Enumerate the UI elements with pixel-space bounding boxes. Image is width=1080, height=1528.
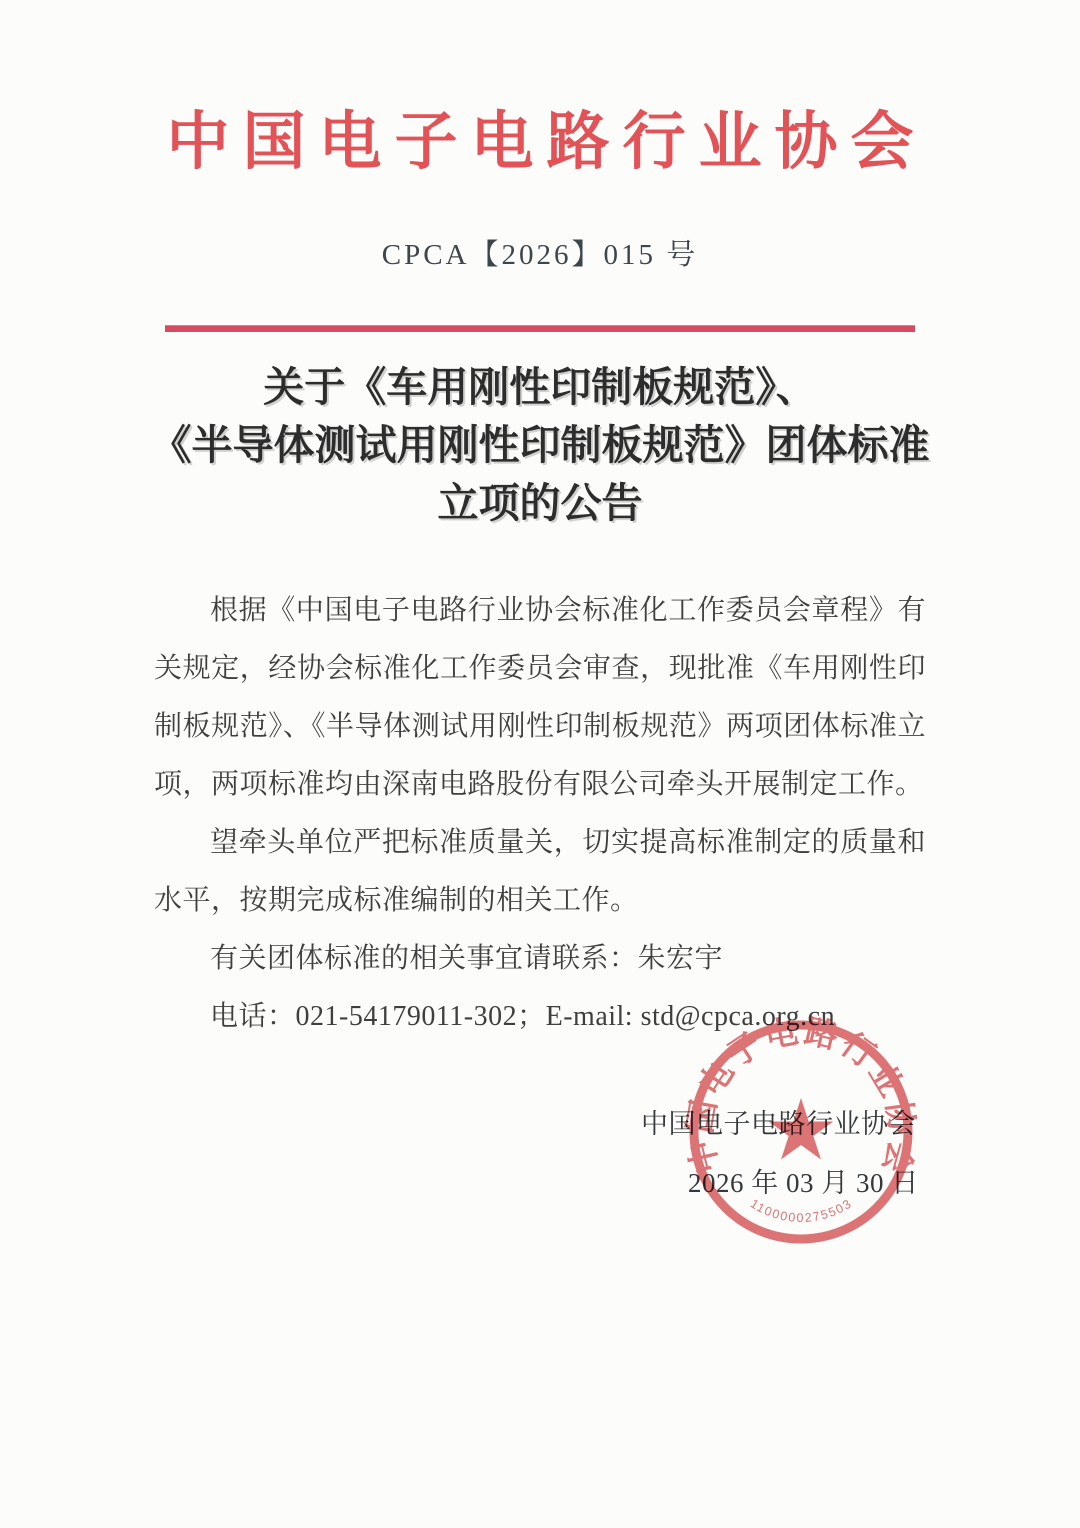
doc-title-line-3: 立项的公告 bbox=[438, 480, 643, 526]
seal-serial-number: 1100000275503 bbox=[748, 1196, 855, 1225]
doc-title-line-2: 《半导体测试用刚性印制板规范》团体标准 bbox=[151, 422, 930, 468]
doc-title: 关于《车用刚性印制板规范》、 《半导体测试用刚性印制板规范》团体标准 立项的公告 bbox=[110, 358, 970, 532]
body-paragraph-phone-email: 电话：021-54179011-302；E-mail: std@cpca.org… bbox=[154, 988, 926, 1046]
document-page: 中国电子电路行业协会 CPCA【2026】015 号 关于《车用刚性印制板规范》… bbox=[0, 0, 1080, 1528]
body-paragraph-1: 根据《中国电子电路行业协会标准化工作委员会章程》有关规定，经协会标准化工作委员会… bbox=[154, 582, 926, 814]
org-header: 中国电子电路行业协会 bbox=[0, 0, 1080, 178]
body-paragraph-contact: 有关团体标准的相关事宜请联系：朱宏宇 bbox=[154, 930, 926, 988]
signature-date: 2026 年 03 月 30 日 bbox=[688, 1161, 948, 1200]
signature-org-name: 中国电子电路行业协会 bbox=[641, 1102, 921, 1141]
red-divider-rule bbox=[165, 325, 915, 332]
doc-body: 根据《中国电子电路行业协会标准化工作委员会章程》有关规定，经协会标准化工作委员会… bbox=[154, 582, 926, 1046]
doc-title-line-1: 关于《车用刚性印制板规范》、 bbox=[263, 364, 817, 410]
body-paragraph-2: 望牵头单位严把标准质量关，切实提高标准制定的质量和水平，按期完成标准编制的相关工… bbox=[154, 814, 926, 930]
doc-number: CPCA【2026】015 号 bbox=[0, 232, 1080, 273]
